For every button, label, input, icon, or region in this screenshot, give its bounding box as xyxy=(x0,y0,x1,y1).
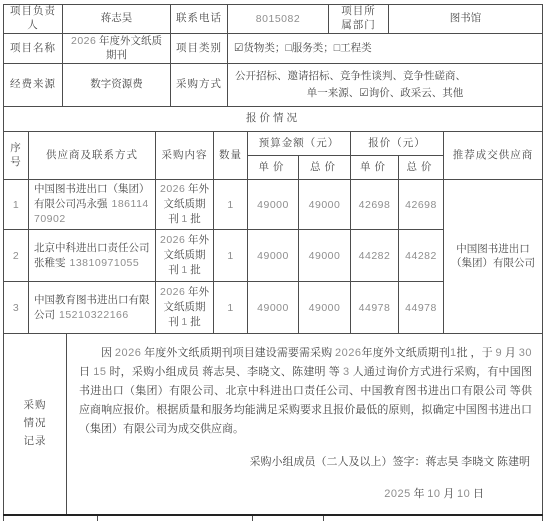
project-info-row-2: 项目名称 2026 年度外文纸质期刊 项目类别 ☑货物类；□服务类；□工程类 xyxy=(4,34,543,64)
record-date: 2025 年 10 月 10 日 xyxy=(79,487,532,501)
procurement-record-table: 采购 情况 记录 因 2026 年度外文纸质期刊项目建设需要需采购 2026年度… xyxy=(3,333,543,515)
record-label-line1: 采购 xyxy=(7,397,63,415)
row3-no: 3 xyxy=(4,282,29,334)
row2-supplier: 北京中科进出口责任公司张稚雯13810971055 xyxy=(29,230,156,282)
row1-price-unit: 42698 xyxy=(351,180,399,230)
bottom-partial-cell-4 xyxy=(324,515,543,521)
row3-budget-unit: 49000 xyxy=(248,282,299,334)
procurement-record-document: 项目负责人 蒋志昊 联系电话 8015082 项目所属部门 图书馆 项目名称 2… xyxy=(0,0,545,521)
funding-source-label: 经费来源 xyxy=(4,64,63,107)
row2-no: 2 xyxy=(4,230,29,282)
record-signature: 采购小组成员（二人及以上）签字：蒋志昊 李晓文 陈建明 xyxy=(79,455,532,469)
project-category-label: 项目类别 xyxy=(171,34,228,64)
record-body: 因 2026 年度外文纸质期刊项目建设需要需采购 2026年度外文纸质期刊1批 … xyxy=(67,334,543,515)
col-header-supplier: 供应商及联系方式 xyxy=(29,132,156,180)
row3-supplier: 中国教育图书进出口有限公司15210322166 xyxy=(29,282,156,334)
bottom-partial-cell-1 xyxy=(4,515,98,521)
record-paragraph: 因 2026 年度外文纸质期刊项目建设需要需采购 2026年度外文纸质期刊1批 … xyxy=(79,344,532,439)
row2-budget-unit: 49000 xyxy=(248,230,299,282)
row3-content: 2026 年外文纸质期刊 1 批 xyxy=(156,282,214,334)
row3-price-unit: 44978 xyxy=(351,282,399,334)
row3-budget-total: 49000 xyxy=(299,282,351,334)
department-label: 项目所属部门 xyxy=(329,5,389,34)
supplier-row-1: 1 中国图书进出口（集团）有限公司冯永强18611470902 2026 年外文… xyxy=(4,180,543,230)
quotation-title-row: 报价情况 xyxy=(4,107,543,132)
quotation-header-row-1: 序号 供应商及联系方式 采购内容 数量 预算金额（元） 报价（元） 推荐成交供应… xyxy=(4,132,543,156)
bottom-partial-cell-3 xyxy=(253,515,324,521)
project-manager-label: 项目负责人 xyxy=(4,5,63,34)
row1-budget-total: 49000 xyxy=(299,180,351,230)
project-manager-value: 蒋志昊 xyxy=(63,5,171,34)
row2-supplier-phone: 13810971055 xyxy=(70,257,140,269)
col-header-budget-total: 总价 xyxy=(299,156,351,180)
procurement-record-row: 采购 情况 记录 因 2026 年度外文纸质期刊项目建设需要需采购 2026年度… xyxy=(4,334,543,515)
project-info-row-3: 经费来源 数字资源费 采购方式 公开招标、邀请招标、竞争性谈判、竞争性磋商、 单… xyxy=(4,64,543,107)
row3-qty: 1 xyxy=(214,282,248,334)
row1-budget-unit: 49000 xyxy=(248,180,299,230)
project-category-value: ☑货物类；□服务类；□工程类 xyxy=(228,34,543,64)
col-header-qty: 数量 xyxy=(214,132,248,180)
row2-qty: 1 xyxy=(214,230,248,282)
recommended-supplier-cell: 中国图书进出口（集团）有限公司 xyxy=(444,180,543,334)
department-value: 图书馆 xyxy=(389,5,543,34)
record-label: 采购 情况 记录 xyxy=(4,334,67,515)
row3-supplier-phone: 15210322166 xyxy=(59,309,129,321)
row1-price-total: 42698 xyxy=(399,180,444,230)
procurement-method-label: 采购方式 xyxy=(171,64,228,107)
col-header-price-total: 总价 xyxy=(399,156,444,180)
row2-content: 2026 年外文纸质期刊 1 批 xyxy=(156,230,214,282)
col-header-no: 序号 xyxy=(4,132,29,180)
col-header-price-unit: 单价 xyxy=(351,156,399,180)
row1-supplier: 中国图书进出口（集团）有限公司冯永强18611470902 xyxy=(29,180,156,230)
bottom-partial-cell-2 xyxy=(98,515,253,521)
quotation-table: 报价情况 序号 供应商及联系方式 采购内容 数量 预算金额（元） 报价（元） 推… xyxy=(3,106,543,334)
contact-phone-value: 8015082 xyxy=(228,5,329,34)
quotation-section-title: 报价情况 xyxy=(4,107,543,132)
project-name-label: 项目名称 xyxy=(4,34,63,64)
col-header-recommend: 推荐成交供应商 xyxy=(444,132,543,180)
record-label-line2: 情况 xyxy=(7,415,63,433)
row1-qty: 1 xyxy=(214,180,248,230)
bottom-partial-cells xyxy=(4,515,543,521)
row1-content: 2026 年外文纸质期刊 1 批 xyxy=(156,180,214,230)
col-header-price: 报价（元） xyxy=(351,132,444,156)
col-header-budget-unit: 单价 xyxy=(248,156,299,180)
row3-price-total: 44978 xyxy=(399,282,444,334)
project-info-row-1: 项目负责人 蒋志昊 联系电话 8015082 项目所属部门 图书馆 xyxy=(4,5,543,34)
col-header-budget: 预算金额（元） xyxy=(248,132,351,156)
procurement-method-value: 公开招标、邀请招标、竞争性谈判、竞争性磋商、 单一来源、☑询价、政采云、其他 xyxy=(228,64,543,107)
row2-price-total: 44282 xyxy=(399,230,444,282)
procurement-method-line2: 单一来源、☑询价、政采云、其他 xyxy=(231,85,539,102)
contact-phone-label: 联系电话 xyxy=(171,5,228,34)
record-label-line3: 记录 xyxy=(7,433,63,451)
bottom-partial-row xyxy=(3,514,543,521)
row2-budget-total: 49000 xyxy=(299,230,351,282)
funding-source-value: 数字资源费 xyxy=(63,64,171,107)
row2-price-unit: 44282 xyxy=(351,230,399,282)
row1-no: 1 xyxy=(4,180,29,230)
procurement-method-line1: 公开招标、邀请招标、竞争性谈判、竞争性磋商、 xyxy=(231,68,539,85)
project-info-table: 项目负责人 蒋志昊 联系电话 8015082 项目所属部门 图书馆 项目名称 2… xyxy=(3,4,543,107)
project-name-value: 2026 年度外文纸质期刊 xyxy=(63,34,171,64)
col-header-content: 采购内容 xyxy=(156,132,214,180)
